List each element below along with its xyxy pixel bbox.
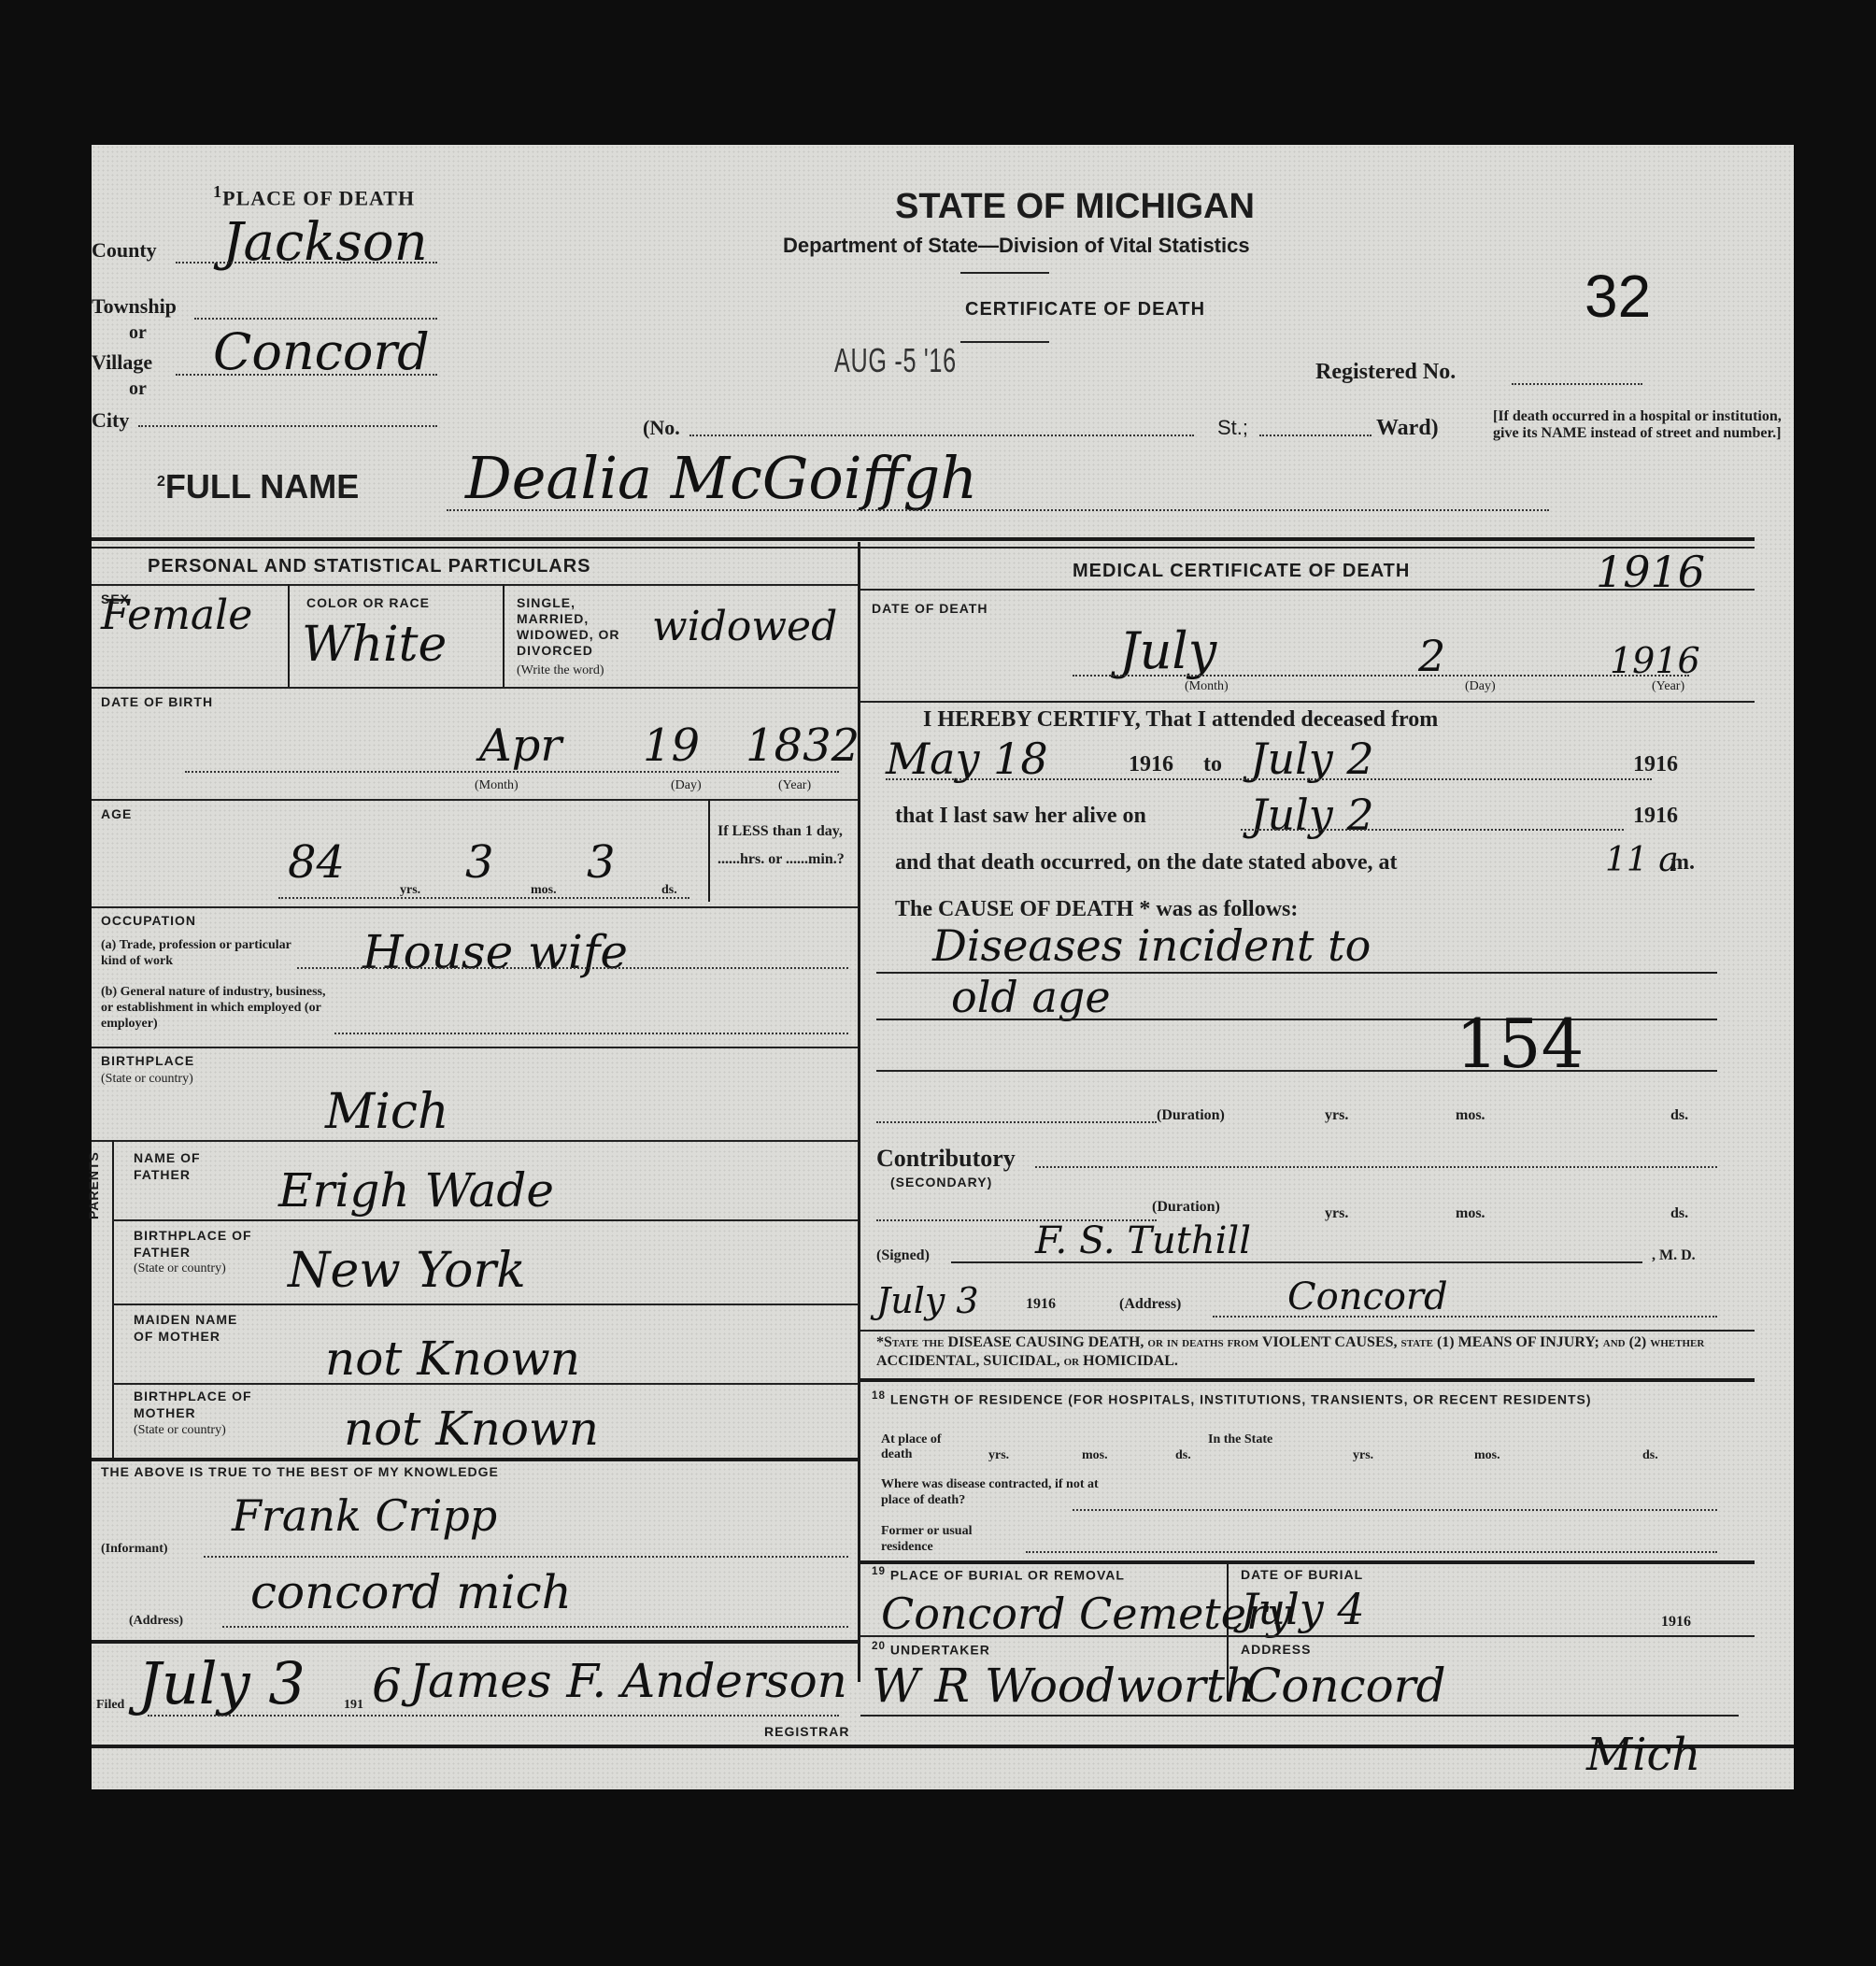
rule (860, 1330, 1755, 1332)
cause-line-2: old age (951, 972, 1111, 1022)
residence-label: 18 LENGTH OF RESIDENCE (FOR HOSPITALS, I… (872, 1388, 1731, 1408)
mos-label: mos. (1082, 1448, 1108, 1463)
yrs-label: yrs. (1325, 1107, 1348, 1124)
city-label: City (92, 408, 129, 433)
registered-no-value: 32 (1585, 262, 1651, 331)
informant-address-line (222, 1626, 848, 1628)
full-name-label: 2FULL NAME (157, 467, 359, 506)
rule (92, 547, 1755, 548)
county-value: Jackson (222, 212, 428, 273)
mos-label: mos. (1456, 1205, 1485, 1222)
physician-address-label: (Address) (1119, 1296, 1181, 1313)
day-caption: (Day) (671, 778, 702, 793)
undertaker-address-value: Concord (1245, 1659, 1446, 1713)
ds-label: ds. (1175, 1448, 1191, 1463)
at-place-label: At place of death (881, 1432, 965, 1462)
registrar-signature: James F. Anderson (409, 1654, 847, 1708)
filed-line (148, 1715, 839, 1717)
occupation-a-line (297, 967, 848, 969)
rule (92, 584, 858, 586)
divider (503, 584, 505, 687)
signed-year: 1916 (1026, 1296, 1056, 1313)
rule (92, 1745, 1794, 1748)
mother-birthplace-hint: (State or country) (134, 1423, 226, 1438)
contributory-line (1035, 1166, 1717, 1168)
mos-label: mos. (1456, 1107, 1485, 1124)
registered-no-label: Registered No. (1315, 360, 1456, 385)
filed-year-prefix: 191 (344, 1698, 363, 1713)
yrs-label: yrs. (988, 1448, 1009, 1463)
rule (92, 1047, 858, 1048)
or-label: or (129, 378, 147, 400)
rule (92, 1458, 858, 1461)
age-line (278, 897, 689, 899)
ward-label: Ward) (1376, 416, 1439, 441)
burial-place-label: 19 PLACE OF BURIAL OR REMOVAL (872, 1565, 1125, 1583)
street-label: St.; (1217, 416, 1248, 440)
attended-from: May 18 (886, 734, 1048, 784)
mother-maiden-value: not Known (325, 1332, 580, 1386)
last-saw-line (1241, 829, 1624, 831)
last-saw-year: 1916 (1633, 804, 1678, 829)
informant-label: (Informant) (101, 1542, 168, 1557)
marital-label: SINGLE, MARRIED, WIDOWED, OR DIVORCED (517, 595, 647, 659)
former-residence-label: Former or usual residence (881, 1523, 1012, 1555)
street-number-label: (No. (643, 416, 680, 440)
year-caption: (Year) (778, 778, 811, 793)
race-value: White (302, 617, 447, 673)
yrs-label: yrs. (1353, 1448, 1373, 1463)
rule (876, 1019, 1717, 1020)
rule (92, 799, 858, 801)
street-line (689, 435, 1194, 436)
rule (860, 701, 1755, 703)
rule (860, 1560, 1755, 1564)
father-birthplace-hint: (State or country) (134, 1261, 226, 1276)
father-name-value: Erigh Wade (278, 1163, 554, 1218)
full-name-value: Dealia McGoiffgh (465, 444, 977, 512)
place-of-death-heading: 1PLACE OF DEATH (213, 182, 415, 210)
father-name-label: NAME OF FATHER (134, 1149, 236, 1183)
village-line (176, 374, 437, 376)
rule (92, 906, 858, 908)
ds-label: ds. (661, 883, 677, 898)
md-label: , M. D. (1652, 1247, 1696, 1264)
rule (860, 589, 1755, 591)
age-label: AGE (101, 806, 132, 821)
race-label: COLOR OR RACE (306, 595, 430, 610)
age-years: 84 (288, 836, 345, 889)
township-label: Township (92, 294, 177, 319)
rule (860, 1635, 1755, 1637)
cause-footnote: *State the DISEASE CAUSING DEATH, or in … (876, 1333, 1736, 1371)
dod-day: 2 (1418, 631, 1445, 681)
day-caption: (Day) (1465, 679, 1496, 694)
registrar-label: REGISTRAR (764, 1724, 849, 1739)
undertaker-address-label: ADDRESS (1241, 1642, 1311, 1657)
township-line (194, 318, 437, 320)
rule (92, 1640, 858, 1644)
age-months: 3 (465, 836, 494, 889)
undertaker-value: W R Woodworth (872, 1659, 1255, 1713)
burial-date-value: July 4 (1241, 1584, 1365, 1634)
in-state-label: In the State (1208, 1432, 1283, 1447)
physician-address-value: Concord (1287, 1275, 1448, 1318)
form-title: CERTIFICATE OF DEATH (965, 299, 1205, 321)
month-caption: (Month) (1185, 679, 1229, 694)
yrs-label: yrs. (400, 883, 420, 898)
divider (960, 272, 1049, 274)
to-label: to (1203, 752, 1222, 777)
occupation-a-value: House wife (362, 925, 628, 979)
father-birthplace-value: New York (288, 1243, 526, 1299)
mos-label: mos. (531, 883, 557, 898)
occurred-time: 11 a (1605, 841, 1679, 879)
signed-date: July 3 (876, 1280, 979, 1321)
contributory-label: Contributory (876, 1145, 1016, 1173)
burial-place-value: Concord Cemetery (881, 1588, 1291, 1639)
received-date-stamp: AUG -5 '16 (834, 341, 957, 380)
duration-line (876, 1121, 1157, 1123)
marital-hint: (Write the word) (517, 663, 604, 678)
rule (860, 1715, 1739, 1717)
dob-year: 1832 (746, 719, 860, 772)
less-than-day-note: If LESS than 1 day, ......hrs. or ......… (718, 818, 848, 874)
dob-label: DATE OF BIRTH (101, 694, 213, 709)
rule (92, 1140, 858, 1142)
county-line (176, 262, 437, 264)
attended-to: July 2 (1250, 734, 1374, 784)
parents-bracket (112, 1140, 114, 1458)
occupation-b-label: (b) General nature of industry, business… (101, 984, 334, 1032)
rule (112, 1383, 858, 1385)
signed-label: (Signed) (876, 1247, 930, 1264)
or-label: or (129, 322, 147, 344)
column-divider (858, 542, 860, 1682)
attended-to-year: 1916 (1633, 752, 1678, 777)
informant-address-label: (Address) (129, 1614, 183, 1629)
rule (92, 537, 1755, 541)
attended-from-year: 1916 (1129, 752, 1173, 777)
cause-of-death-label: The CAUSE OF DEATH * was as follows: (895, 897, 1298, 922)
ward-line (1259, 435, 1371, 436)
department-subtitle: Department of State—Division of Vital St… (783, 234, 1250, 258)
occupation-label: OCCUPATION (101, 913, 196, 928)
mos-label: mos. (1474, 1448, 1500, 1463)
yrs-label: yrs. (1325, 1205, 1348, 1222)
medical-heading: MEDICAL CERTIFICATE OF DEATH (1073, 561, 1410, 582)
physician-signature: F. S. Tuthill (1035, 1219, 1251, 1262)
birthplace-label: BIRTHPLACE (101, 1053, 194, 1068)
filed-year-suffix: 6 (372, 1659, 402, 1713)
certify-statement: I HEREBY CERTIFY, That I attended deceas… (923, 707, 1438, 733)
divider (708, 799, 710, 902)
hospital-note: [If death occurred in a hospital or inst… (1493, 408, 1792, 442)
cause-line-1: Diseases incident to (932, 920, 1371, 971)
registered-no-line (1512, 383, 1642, 385)
month-caption: (Month) (475, 778, 519, 793)
filed-label: Filed (96, 1698, 124, 1713)
birthplace-hint: (State or country) (101, 1072, 193, 1087)
village-label: Village (92, 350, 152, 375)
rule (92, 687, 858, 689)
state-title: STATE OF MICHIGAN (895, 187, 1255, 227)
undertaker-label: 20 UNDERTAKER (872, 1640, 990, 1658)
dob-day: 19 (643, 719, 700, 772)
mother-birthplace-label: BIRTHPLACE OF MOTHER (134, 1388, 255, 1421)
undertaker-address-value-2: Mich (1586, 1729, 1700, 1781)
attended-line (886, 778, 1652, 780)
divider (288, 584, 290, 687)
ds-label: ds. (1670, 1205, 1688, 1222)
rule (112, 1219, 858, 1221)
contracted-label: Where was disease contracted, if not at … (881, 1476, 1105, 1508)
occurred-statement: and that death occurred, on the date sta… (895, 850, 1398, 876)
city-line (138, 425, 437, 427)
contracted-line (1073, 1509, 1717, 1511)
village-value: Concord (213, 322, 430, 381)
parents-side-label: PARENTS (86, 1151, 101, 1219)
mother-maiden-label: MAIDEN NAME OF MOTHER (134, 1311, 255, 1345)
marital-value: widowed (652, 603, 837, 650)
date-of-death-label: DATE OF DEATH (872, 601, 988, 616)
informant-address-value: concord mich (250, 1565, 572, 1619)
divider (960, 341, 1049, 343)
dob-month: Apr (479, 719, 561, 772)
ds-label: ds. (1670, 1107, 1688, 1124)
last-saw-date: July 2 (1250, 790, 1374, 840)
dod-line (1073, 675, 1689, 677)
sex-value: Female (101, 591, 252, 639)
rule (860, 1378, 1755, 1382)
last-saw-statement: that I last saw her alive on (895, 804, 1146, 829)
mother-birthplace-value: not Known (344, 1402, 599, 1456)
dod-month: July (1119, 621, 1216, 680)
informant-value: Frank Cripp (232, 1490, 497, 1541)
rule (876, 1070, 1717, 1072)
duration-label: (Duration) (1157, 1107, 1225, 1124)
death-certificate: 1PLACE OF DEATH County Jackson Township … (92, 145, 1794, 1789)
informant-line (204, 1556, 848, 1558)
burial-year: 1916 (1661, 1614, 1691, 1631)
secondary-label: (SECONDARY) (890, 1175, 992, 1190)
full-name-line (447, 509, 1549, 511)
physician-address-line (1213, 1316, 1717, 1318)
former-residence-line (1026, 1551, 1717, 1553)
birthplace-value: Mich (325, 1084, 449, 1140)
occupation-a-label: (a) Trade, profession or particular kind… (101, 937, 297, 969)
duration-label-2: (Duration) (1152, 1199, 1220, 1216)
age-days: 3 (587, 836, 616, 889)
ds-label: ds. (1642, 1448, 1658, 1463)
occupation-b-line (334, 1033, 848, 1034)
rule (951, 1261, 1642, 1263)
father-birthplace-label: BIRTHPLACE OF FATHER (134, 1227, 255, 1261)
rule (112, 1304, 858, 1305)
occurred-suffix: m. (1670, 850, 1695, 876)
knowledge-statement: THE ABOVE IS TRUE TO THE BEST OF MY KNOW… (101, 1464, 499, 1479)
personal-heading: PERSONAL AND STATISTICAL PARTICULARS (148, 556, 591, 577)
burial-date-label: DATE OF BURIAL (1241, 1567, 1363, 1582)
filed-date: July 3 (138, 1649, 306, 1717)
county-label: County (92, 238, 157, 263)
year-caption: (Year) (1652, 679, 1684, 694)
